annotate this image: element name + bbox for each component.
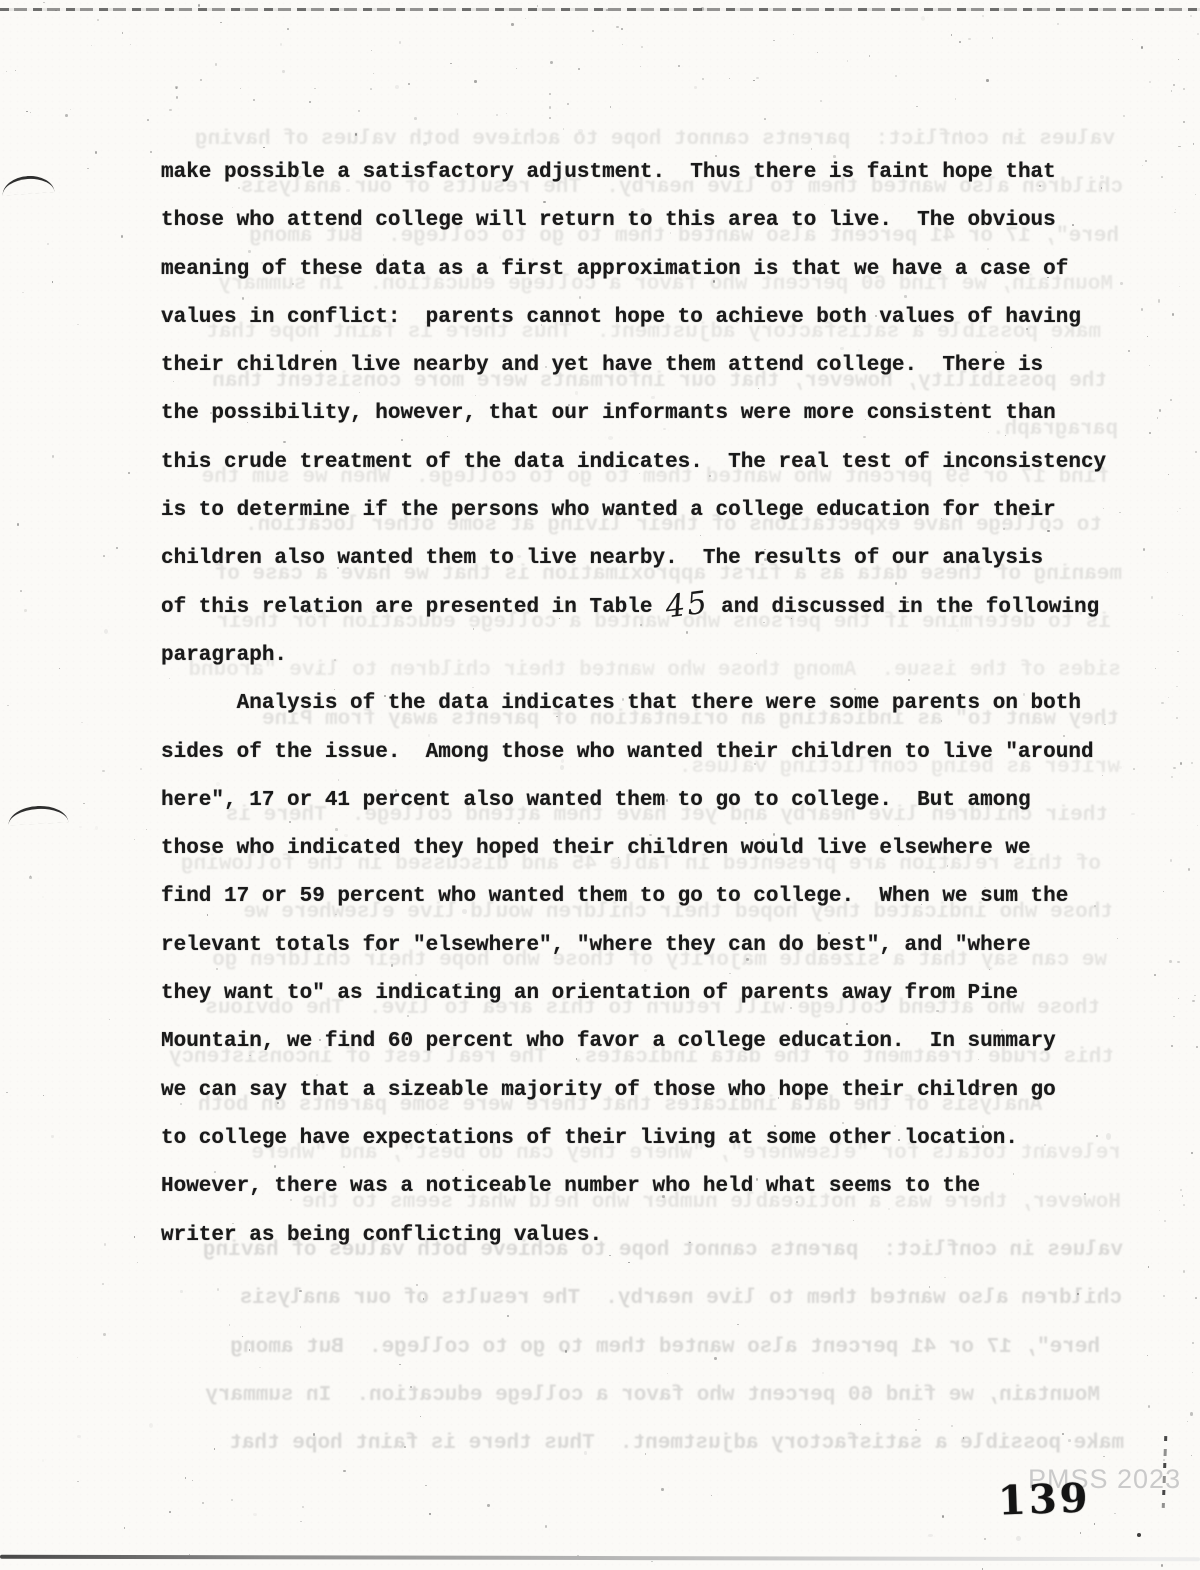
noise-speck — [1161, 1564, 1163, 1567]
noise-speck — [1133, 768, 1135, 770]
typed-line: this crude treatment of the data indicat… — [161, 439, 1106, 487]
noise-speck — [550, 61, 553, 64]
noise-speck — [793, 34, 794, 35]
noise-speck — [1170, 859, 1172, 861]
noise-speck — [231, 1499, 233, 1501]
noise-speck — [1132, 39, 1133, 40]
typed-line: writer as being conflicting values. — [161, 1212, 1106, 1260]
noise-speck — [47, 243, 49, 246]
noise-speck — [146, 829, 147, 830]
noise-speck — [1178, 59, 1179, 60]
noise-speck — [822, 1372, 824, 1374]
noise-speck — [1149, 365, 1151, 366]
noise-speck — [1154, 974, 1156, 976]
typed-line: to college have expectations of their li… — [161, 1115, 1106, 1163]
noise-speck — [942, 1515, 944, 1518]
noise-speck — [963, 1437, 964, 1439]
noise-speck — [6, 1092, 7, 1093]
typed-line: is to determine if the persons who wante… — [161, 487, 1106, 535]
noise-speck — [1163, 891, 1164, 892]
typed-line: of this relation are presented in Table … — [161, 584, 1106, 632]
noise-speck — [915, 1429, 917, 1431]
typed-line: children also wanted them to live nearby… — [161, 535, 1106, 583]
typed-line-segment: and discussed in the following — [709, 596, 1100, 619]
noise-speck — [26, 111, 28, 112]
noise-speck — [102, 1283, 104, 1285]
noise-speck — [134, 1236, 136, 1238]
noise-speck — [457, 113, 458, 114]
noise-speck — [773, 40, 775, 42]
noise-speck — [1149, 81, 1151, 83]
noise-speck — [610, 106, 611, 107]
typed-line: Mountain, we find 60 percent who favor a… — [161, 1018, 1106, 1066]
noise-speck — [1137, 1533, 1141, 1537]
typed-line-segment: of this relation are presented in Table — [161, 596, 665, 619]
noise-speck — [714, 1357, 717, 1360]
noise-speck — [592, 30, 594, 32]
noise-speck — [192, 1480, 193, 1481]
noise-speck — [149, 1423, 153, 1428]
noise-speck — [1159, 409, 1161, 412]
noise-speck — [1014, 136, 1019, 140]
noise-speck — [756, 77, 758, 79]
noise-speck — [1173, 84, 1175, 86]
noise-speck — [1179, 508, 1181, 509]
noise-speck — [217, 1288, 219, 1291]
noise-speck — [584, 1451, 587, 1454]
noise-speck — [959, 41, 961, 43]
noise-speck — [578, 68, 580, 70]
noise-speck — [1174, 212, 1176, 214]
noise-speck — [578, 129, 582, 133]
noise-speck — [395, 85, 400, 89]
noise-speck — [116, 547, 118, 550]
noise-speck — [52, 455, 54, 458]
noise-speck — [667, 1373, 668, 1374]
noise-speck — [563, 128, 565, 129]
noise-speck — [1173, 767, 1176, 769]
noise-speck — [1068, 1439, 1071, 1442]
noise-speck — [169, 109, 172, 112]
noise-speck — [404, 1446, 406, 1448]
noise-speck — [640, 66, 641, 67]
noise-speck — [921, 16, 926, 21]
noise-speck — [545, 1525, 547, 1528]
noise-speck — [215, 63, 218, 66]
noise-speck — [702, 78, 705, 81]
noise-speck — [425, 1485, 427, 1486]
noise-speck — [70, 109, 72, 110]
noise-speck — [91, 45, 93, 46]
noise-speck — [506, 113, 507, 114]
noise-speck — [951, 1425, 953, 1428]
noise-speck — [410, 1386, 412, 1388]
noise-speck — [895, 75, 897, 76]
noise-speck — [764, 118, 766, 120]
noise-speck — [450, 63, 452, 64]
noise-speck — [737, 1324, 739, 1325]
noise-speck — [651, 1561, 653, 1563]
noise-speck — [951, 34, 952, 36]
noise-speck — [185, 1477, 186, 1478]
noise-speck — [847, 60, 848, 62]
noise-speck — [130, 44, 132, 45]
noise-speck — [104, 1243, 106, 1245]
noise-speck — [122, 32, 123, 33]
noise-speck — [1148, 1266, 1149, 1268]
noise-speck — [944, 1277, 946, 1279]
noise-speck — [606, 9, 608, 11]
noise-speck — [79, 826, 82, 828]
noise-speck — [287, 28, 289, 30]
noise-speck — [137, 1262, 138, 1263]
noise-speck — [176, 96, 178, 99]
noise-speck — [169, 1511, 171, 1513]
noise-speck — [1191, 762, 1193, 765]
noise-speck — [83, 803, 85, 804]
noise-speck — [423, 1298, 424, 1300]
noise-speck — [1191, 1152, 1193, 1154]
noise-speck — [1142, 165, 1144, 167]
noise-speck — [1187, 1421, 1188, 1422]
noise-speck — [1161, 702, 1163, 704]
noise-speck — [104, 629, 108, 634]
noise-speck — [1183, 1270, 1185, 1273]
typed-line: paragraph. — [161, 632, 1106, 680]
noise-speck — [109, 1019, 110, 1020]
noise-speck — [6, 71, 7, 72]
noise-speck — [1148, 1405, 1150, 1408]
noise-speck — [1143, 548, 1145, 551]
noise-speck — [370, 88, 372, 90]
noise-speck — [343, 1470, 346, 1473]
noise-speck — [202, 1502, 203, 1503]
noise-speck — [95, 151, 97, 154]
noise-speck — [7, 705, 9, 706]
noise-speck — [860, 1424, 862, 1425]
noise-speck — [42, 896, 44, 898]
noise-speck — [1196, 1046, 1198, 1048]
typed-line: find 17 or 59 percent who wanted them to… — [161, 873, 1106, 921]
noise-speck — [1176, 686, 1177, 687]
noise-speck — [87, 168, 89, 170]
handwritten-table-number: 45 — [666, 602, 709, 607]
noise-speck — [1147, 1355, 1148, 1356]
typed-line: their children live nearby and yet have … — [161, 342, 1106, 390]
noise-speck — [1180, 1189, 1182, 1191]
noise-speck — [817, 52, 818, 53]
noise-speck — [1163, 1459, 1165, 1461]
noise-speck — [1177, 651, 1179, 652]
noise-speck — [420, 1416, 421, 1417]
noise-speck — [128, 472, 130, 474]
noise-speck — [358, 110, 360, 112]
noise-speck — [968, 38, 970, 40]
noise-speck — [616, 26, 619, 29]
noise-speck — [240, 88, 241, 89]
noise-speck — [175, 86, 178, 88]
noise-speck — [198, 4, 200, 7]
noise-speck — [229, 1324, 230, 1325]
noise-speck — [77, 1357, 78, 1359]
noise-speck — [1179, 286, 1180, 287]
noise-speck — [959, 130, 962, 133]
noise-speck — [43, 2, 44, 3]
noise-speck — [314, 88, 315, 89]
noise-speck — [1183, 88, 1184, 90]
noise-speck — [474, 80, 476, 82]
noise-speck — [1177, 961, 1179, 963]
noise-speck — [1119, 512, 1121, 513]
noise-speck — [416, 1284, 418, 1286]
typed-line: those who indicated they hoped their chi… — [161, 825, 1106, 873]
noise-speck — [77, 324, 78, 325]
noise-speck — [29, 876, 31, 879]
noise-speck — [916, 106, 918, 108]
noise-speck — [399, 1364, 401, 1366]
noise-speck — [1163, 1295, 1164, 1297]
noise-speck — [1168, 697, 1169, 698]
noise-speck — [628, 1262, 630, 1263]
typed-line: Analysis of the data indicates that ther… — [161, 680, 1106, 728]
noise-speck — [300, 1326, 301, 1328]
noise-speck — [1190, 15, 1192, 17]
typed-line: we can say that a sizeable majority of t… — [161, 1067, 1106, 1115]
noise-speck — [1057, 23, 1059, 24]
typed-line: they want to" as indicating an orientati… — [161, 970, 1106, 1018]
noise-speck — [1178, 614, 1180, 616]
noise-speck — [180, 1290, 183, 1294]
noise-speck — [220, 22, 222, 23]
noise-speck — [929, 1286, 931, 1288]
noise-speck — [1141, 308, 1143, 310]
noise-speck — [97, 19, 99, 21]
noise-speck — [549, 93, 551, 95]
noise-speck — [525, 18, 526, 19]
noise-speck — [1182, 615, 1183, 616]
noise-speck — [242, 1336, 244, 1338]
noise-speck — [1191, 1455, 1192, 1456]
noise-speck — [1182, 1195, 1183, 1196]
noise-speck — [52, 281, 53, 283]
noise-speck — [1147, 336, 1148, 337]
noise-speck — [1188, 868, 1190, 871]
noise-speck — [20, 590, 23, 592]
noise-speck — [147, 119, 149, 121]
document-page: values in conflict: parents cannot hope … — [0, 0, 1200, 1570]
noise-speck — [992, 37, 993, 39]
noise-speck — [55, 10, 57, 12]
noise-speck — [15, 70, 16, 71]
noise-speck — [1195, 1297, 1197, 1299]
noise-speck — [429, 1513, 431, 1514]
noise-speck — [309, 101, 311, 103]
noise-speck — [1128, 350, 1130, 352]
noise-speck — [678, 65, 680, 67]
noise-speck — [645, 1453, 647, 1455]
noise-speck — [1195, 194, 1196, 195]
noise-speck — [24, 609, 27, 612]
noise-speck — [1183, 121, 1185, 123]
noise-speck — [280, 43, 282, 46]
noise-speck — [282, 70, 285, 73]
noise-speck — [259, 1367, 261, 1369]
noise-speck — [65, 114, 67, 117]
noise-speck — [1192, 1372, 1193, 1373]
noise-speck — [103, 1333, 106, 1336]
noise-speck — [399, 41, 401, 43]
noise-speck — [1161, 176, 1163, 178]
noise-speck — [1197, 825, 1198, 826]
noise-speck — [1158, 299, 1161, 302]
noise-speck — [711, 1495, 712, 1496]
noise-speck — [1094, 1523, 1096, 1525]
noise-speck — [1062, 1433, 1064, 1435]
noise-speck — [77, 1435, 81, 1438]
noise-speck — [753, 80, 755, 82]
noise-speck — [1155, 668, 1156, 669]
noise-speck — [371, 50, 372, 51]
noise-speck — [1197, 33, 1199, 35]
noise-speck — [103, 555, 105, 557]
noise-speck — [1077, 1293, 1079, 1295]
noise-speck — [567, 103, 569, 106]
noise-speck — [1178, 998, 1179, 999]
noise-speck — [1177, 511, 1179, 512]
noise-speck — [124, 1527, 126, 1529]
noise-speck — [869, 55, 870, 57]
noise-speck — [1119, 766, 1123, 769]
noise-speck — [1157, 417, 1158, 419]
noise-speck — [313, 1433, 315, 1435]
typed-line: here", 17 or 41 percent also wanted them… — [161, 777, 1106, 825]
noise-speck — [511, 23, 513, 25]
noise-speck — [855, 1345, 857, 1347]
noise-speck — [300, 1521, 302, 1522]
noise-speck — [1194, 995, 1195, 996]
noise-speck — [918, 1419, 919, 1420]
noise-speck — [621, 28, 623, 30]
noise-speck — [1106, 1133, 1111, 1139]
noise-speck — [373, 73, 374, 74]
noise-speck — [355, 133, 357, 136]
noise-speck — [414, 117, 417, 120]
noise-speck — [1168, 474, 1169, 475]
noise-speck — [134, 839, 135, 840]
noise-speck — [59, 668, 60, 669]
noise-speck — [496, 114, 498, 116]
page-number: 139 — [997, 1474, 1091, 1524]
noise-speck — [1164, 1220, 1166, 1222]
typed-line: those who attend college will return to … — [161, 197, 1106, 245]
typed-line: meaning of these data as a first approxi… — [161, 246, 1106, 294]
noise-speck — [1190, 1412, 1193, 1416]
noise-speck — [622, 44, 623, 45]
noise-speck — [214, 1448, 215, 1450]
noise-speck — [1171, 90, 1173, 91]
noise-speck — [81, 722, 83, 723]
noise-speck — [22, 292, 24, 294]
noise-speck — [302, 1506, 303, 1507]
typed-line: relevant totals for "elsewhere", "where … — [161, 922, 1106, 970]
noise-speck — [1120, 282, 1123, 285]
noise-speck — [102, 770, 104, 772]
noise-speck — [507, 1315, 509, 1317]
noise-speck — [549, 117, 551, 118]
noise-speck — [1193, 143, 1194, 145]
noise-speck — [249, 1349, 250, 1350]
noise-speck — [51, 1135, 54, 1137]
noise-speck — [1172, 313, 1175, 316]
typed-line: However, there was a noticeable number w… — [161, 1163, 1106, 1211]
noise-speck — [986, 79, 988, 82]
noise-speck — [423, 142, 427, 146]
noise-speck — [1167, 572, 1168, 573]
noise-speck — [1175, 209, 1176, 210]
noise-speck — [549, 106, 551, 109]
noise-speck — [694, 86, 697, 89]
noise-speck — [641, 46, 643, 48]
noise-speck — [701, 7, 704, 10]
noise-speck — [729, 78, 730, 79]
typed-line: the possibility, however, that our infor… — [161, 390, 1106, 438]
noise-speck — [140, 768, 142, 770]
noise-speck — [487, 1504, 489, 1506]
noise-speck — [661, 1488, 663, 1491]
noise-speck — [565, 1350, 567, 1353]
noise-speck — [820, 100, 823, 102]
noise-speck — [982, 15, 984, 18]
noise-speck — [1080, 1532, 1081, 1533]
noise-speck — [516, 68, 517, 69]
noise-speck — [1149, 432, 1150, 434]
noise-speck — [1151, 596, 1154, 599]
noise-speck — [1114, 1513, 1116, 1515]
noise-speck — [253, 1513, 257, 1516]
noise-speck — [1159, 1210, 1160, 1211]
noise-speck — [1141, 46, 1144, 49]
noise-speck — [1171, 1045, 1173, 1047]
noise-speck — [30, 112, 31, 113]
noise-speck — [1131, 813, 1135, 816]
noise-speck — [1145, 160, 1147, 163]
noise-speck — [984, 1538, 985, 1539]
noise-speck — [42, 1459, 44, 1462]
noise-speck — [537, 5, 538, 7]
noise-speck — [928, 1534, 933, 1537]
noise-speck — [1183, 1204, 1185, 1206]
noise-speck — [1103, 1456, 1104, 1457]
noise-speck — [1170, 399, 1172, 402]
noise-speck — [1195, 451, 1197, 453]
noise-speck — [43, 1095, 44, 1096]
noise-speck — [1180, 762, 1183, 765]
noise-speck — [150, 151, 152, 153]
typed-line: make possible a satisfactory adjustment.… — [161, 149, 1106, 197]
noise-speck — [1171, 776, 1173, 778]
noise-speck — [1176, 717, 1178, 719]
noise-speck — [1117, 938, 1118, 939]
noise-speck — [95, 826, 98, 830]
typed-line: sides of the issue. Among those who want… — [161, 729, 1106, 777]
noise-speck — [77, 1481, 79, 1483]
noise-speck — [1016, 1536, 1021, 1542]
noise-speck — [200, 79, 202, 81]
noise-speck — [1192, 1342, 1194, 1344]
noise-speck — [408, 83, 410, 85]
noise-speck — [1173, 1016, 1174, 1018]
noise-speck — [1178, 146, 1180, 147]
